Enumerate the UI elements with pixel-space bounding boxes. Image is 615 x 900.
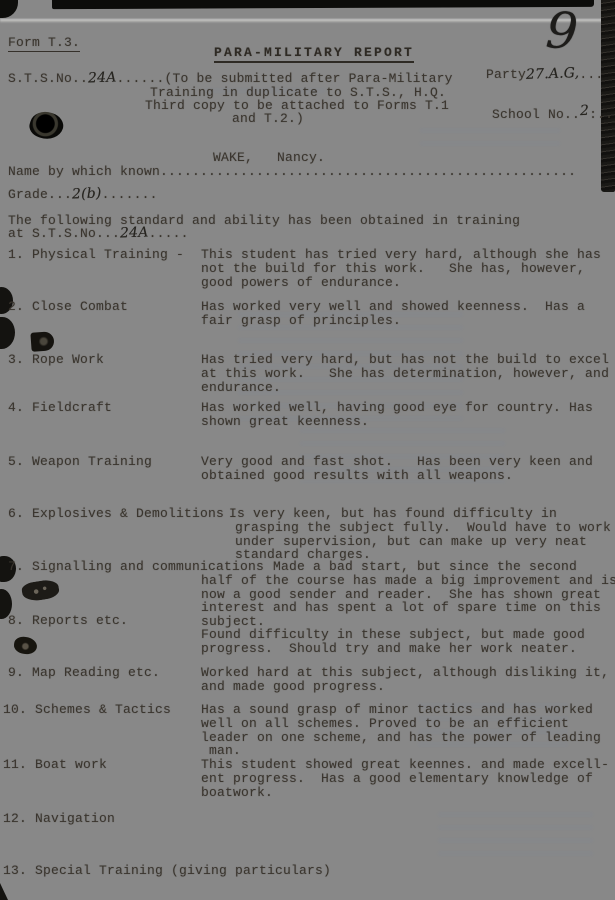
item-5-label: 5. Weapon Training [8,455,152,469]
item-6-comment: Is very keen, but has found difficulty i… [201,507,611,562]
item-12-label: 12. Navigation [3,812,115,826]
party-value-handwritten: 27.A.G, [526,67,580,83]
report-title: PARA-MILITARY REPORT [214,46,414,63]
name-label: Name by which known [8,165,160,179]
corner-mark-bottom-left [0,883,8,900]
grade-label: Grade... [8,188,72,202]
party-field: Party27.A.G,... [486,68,603,82]
intro-sts-label: at S.T.S.No... [8,227,120,241]
item-1-comment: This student has tried very hard, althou… [201,248,601,289]
school-number-field: School No..2:.. [492,108,613,122]
school-value-handwritten: 2 [580,105,590,119]
right-edge-strip [601,0,615,192]
item-13-label: 13. Special Training (giving particulars… [3,864,331,878]
item-11-label: 11. Boat work [3,758,107,772]
top-edge-bar [52,0,594,9]
corner-mark-top-left [0,0,18,18]
intro-sts-value-handwritten: 24A [120,227,149,242]
item-4-comment: Has worked well, having good eye for cou… [201,401,593,429]
intro-dots: ..... [149,227,189,241]
ink-stain-b-mark [30,331,54,352]
sts-label: S.T.S.No.. [8,72,88,86]
bleedthrough-text [420,128,560,154]
ink-stain [0,317,15,349]
item-10-comment: Has a sound grasp of minor tactics and h… [201,703,601,758]
item-1-label: 1. Physical Training - [8,248,192,262]
item-8-comment: Found difficulty in these subject, but m… [201,628,585,656]
item-9-comment: Worked hard at this subject, although di… [201,666,609,694]
student-name-value: WAKE, Nancy. [213,151,325,165]
page-number-handwritten: 9 [544,1,580,61]
name-dots: ........................................… [160,165,576,179]
item-11-comment: This student showed great keennes. and m… [201,758,609,799]
document-page: 9 Form T.3. PARA-MILITARY REPORT S.T.S.N… [0,0,615,900]
bleedthrough-text [438,812,593,862]
item-8-label: 8. Reports etc. [8,614,128,628]
sts-note-line-1: ......(To be submitted after Para-Milita… [117,72,453,86]
ink-stain [27,108,67,144]
grade-field-line: Grade...2(b)....... [8,188,158,202]
item-6-label: 6. Explosives & Demolitions [8,507,224,521]
intro-line-2: at S.T.S.No...24A..... [8,227,189,241]
item-9-label: 9. Map Reading etc. [8,666,160,680]
sts-number-value-handwritten: 24A [88,72,117,87]
name-field-line: Name by which known.....................… [8,165,576,179]
sts-number-line: S.T.S.No..24A......(To be submitted afte… [8,72,453,86]
party-label: Party [486,68,526,82]
sts-note-line-4: and T.2.) [232,112,304,126]
school-dots: :.. [589,108,613,122]
grade-dots: ....... [102,188,158,202]
item-2-label: 2. Close Combat [8,300,128,314]
party-dots: ... [579,68,603,82]
item-3-comment: Has tried very hard, but has not the bui… [201,353,609,394]
ink-stain-stamp [21,578,61,603]
item-2-comment: Has worked very well and showed keenness… [201,300,585,328]
school-label: School No.. [492,108,580,122]
grade-value-handwritten: 2(b) [72,187,102,202]
paper-crease [0,19,615,23]
item-10-label: 10. Schemes & Tactics [3,703,171,717]
ink-stain [13,636,38,655]
item-7-comment: Made a bad start, but since the second h… [201,560,615,629]
form-number: Form T.3. [8,36,80,52]
item-4-label: 4. Fieldcraft [8,401,112,415]
item-3-label: 3. Rope Work [8,353,104,367]
item-5-comment: Very good and fast shot. Has been very k… [201,455,593,483]
